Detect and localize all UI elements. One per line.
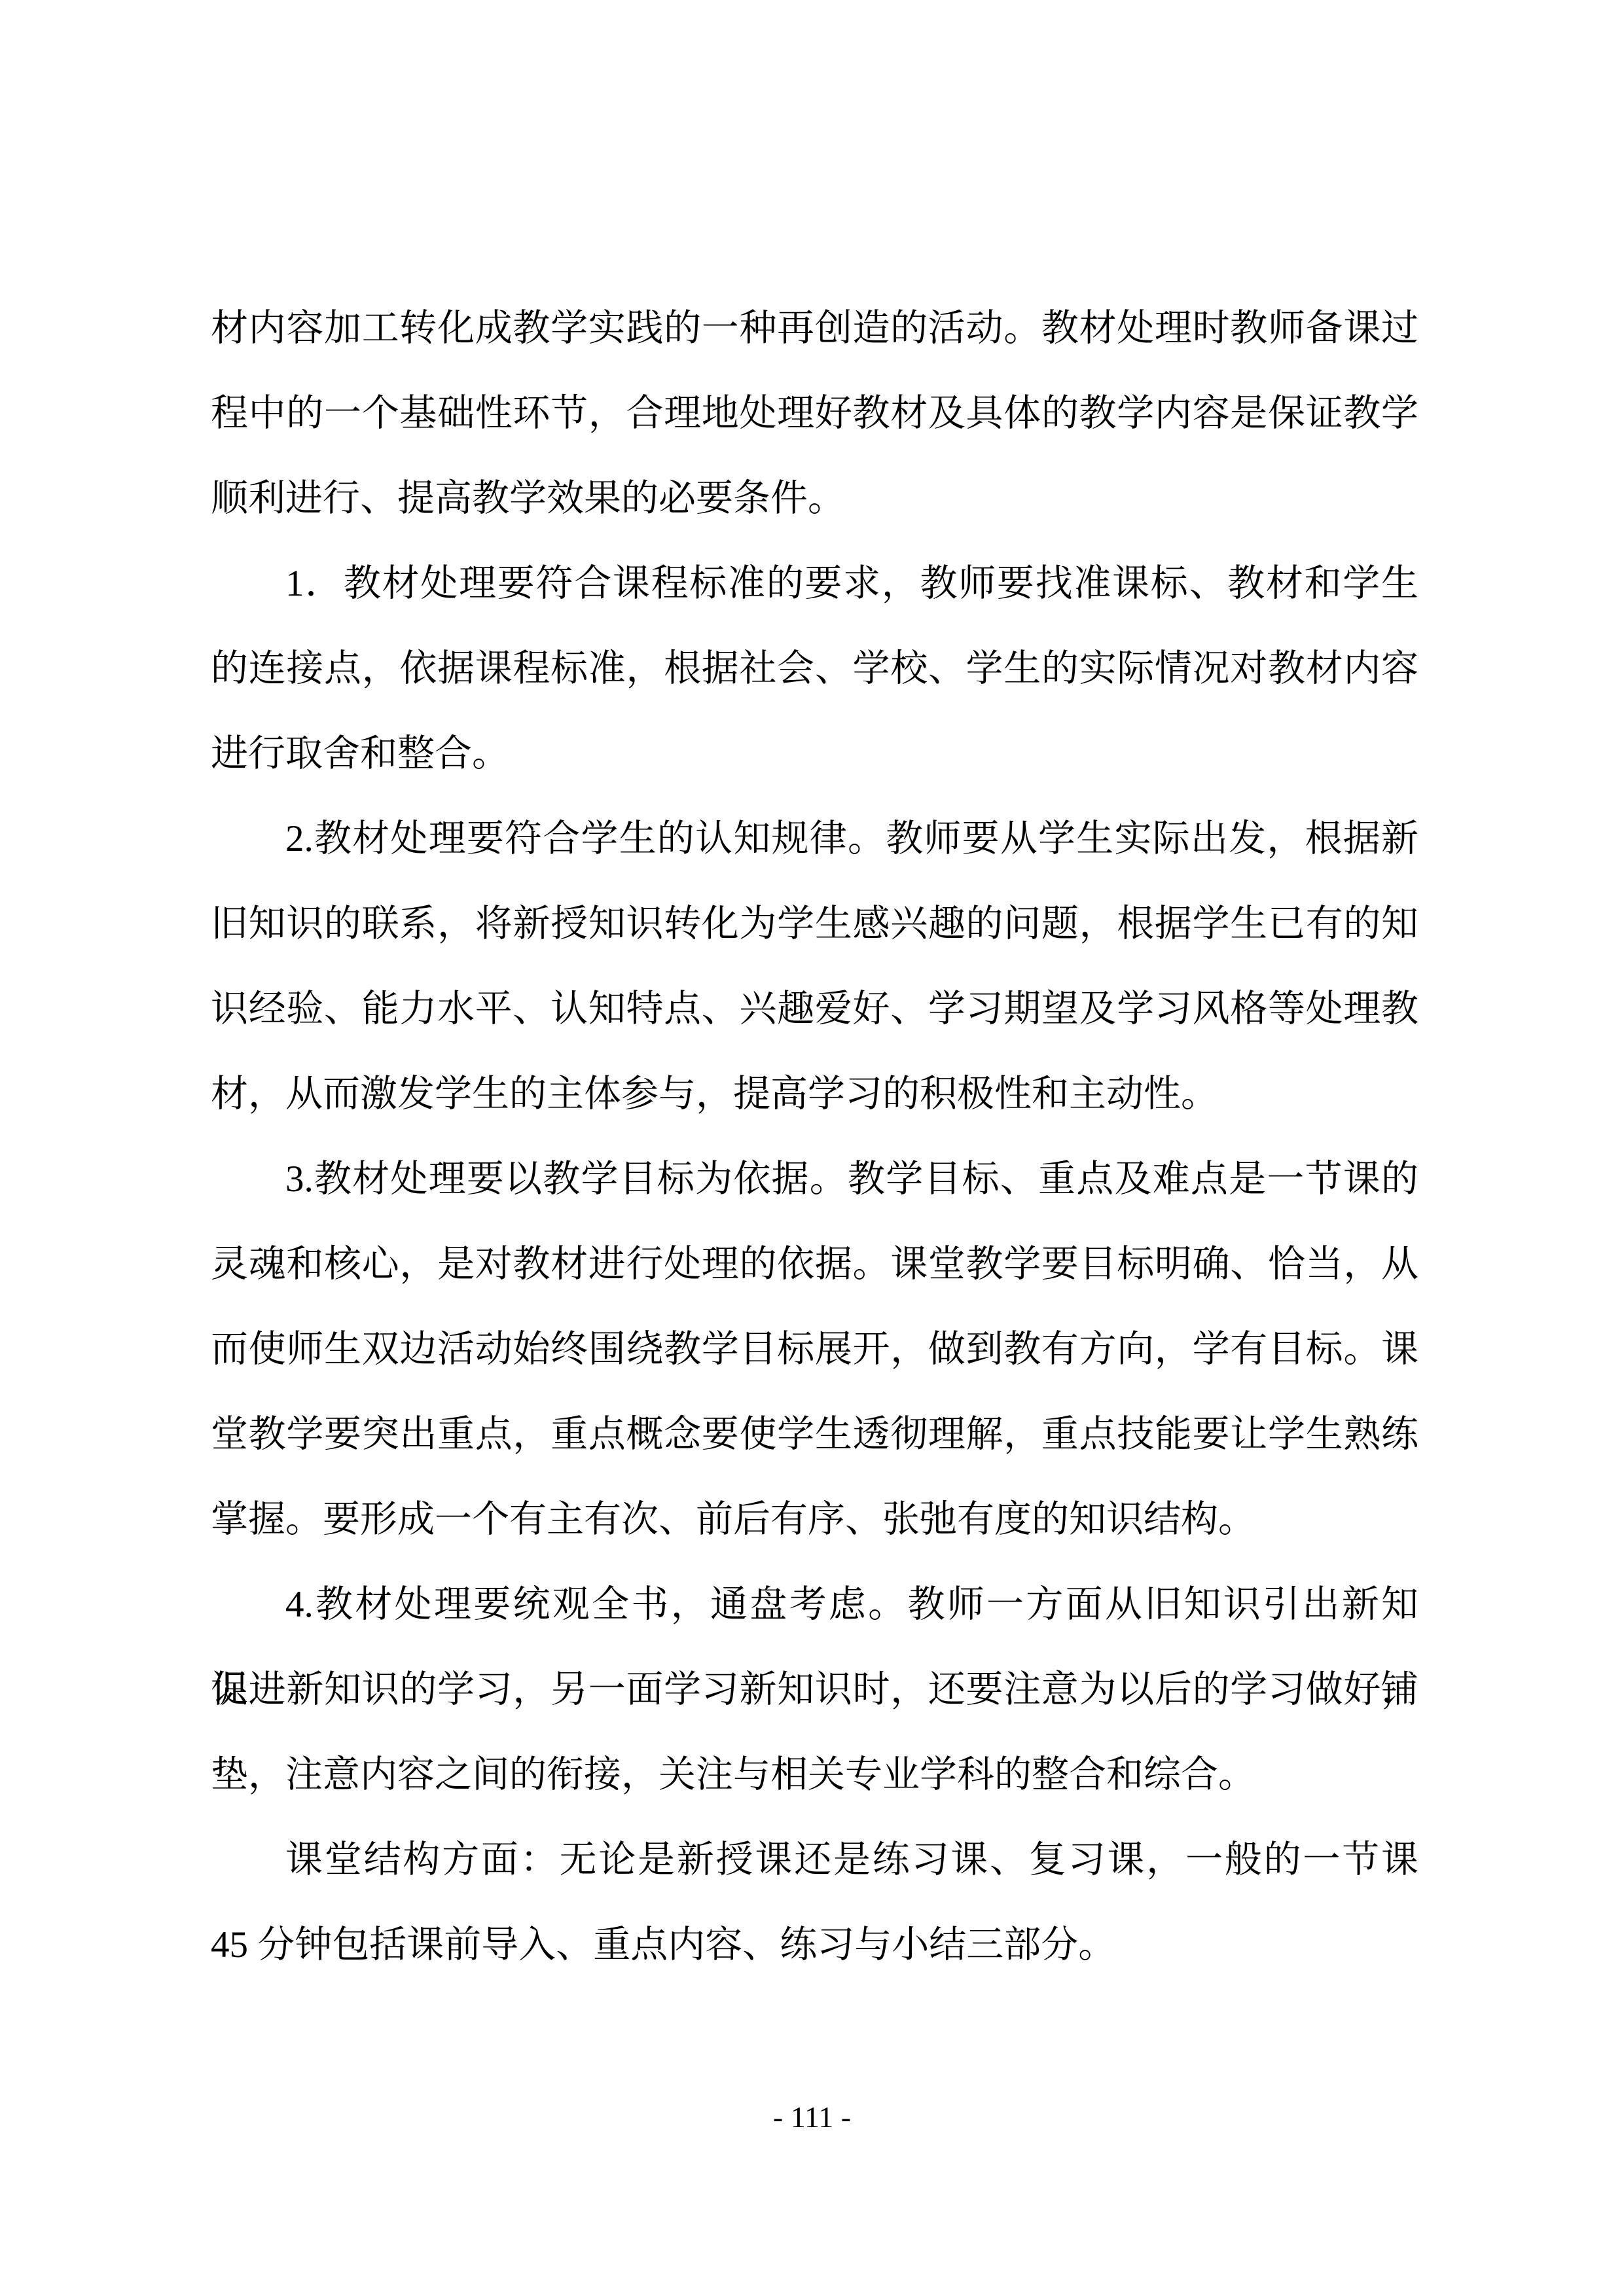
document-body: 材内容加工转化成教学实践的一种再创造的活动。教材处理时教师备课过程中的一个基础性… — [211, 286, 1418, 1988]
text-line: 的连接点，依据课程标准，根据社会、学校、学生的实际情况对教材内容 — [211, 626, 1418, 711]
page-number: - 111 - — [0, 2098, 1624, 2137]
text-line: 而使师生双边活动始终围绕教学目标展开，做到教有方向，学有目标。课 — [211, 1307, 1418, 1392]
text-line: 4.教材处理要统观全书，通盘考虑。教师一方面从旧知识引出新知识， — [211, 1562, 1418, 1647]
text-line: 顺利进行、提高教学效果的必要条件。 — [211, 456, 1418, 541]
text-line: 材内容加工转化成教学实践的一种再创造的活动。教材处理时教师备课过 — [211, 286, 1418, 371]
text-line: 堂教学要突出重点，重点概念要使学生透彻理解，重点技能要让学生熟练 — [211, 1392, 1418, 1477]
text-line: 材，从而激发学生的主体参与，提高学习的积极性和主动性。 — [211, 1052, 1418, 1137]
text-line: 识经验、能力水平、认知特点、兴趣爱好、学习期望及学习风格等处理教 — [211, 967, 1418, 1052]
text-line: 进行取舍和整合。 — [211, 711, 1418, 797]
text-line: 课堂结构方面：无论是新授课还是练习课、复习课，一般的一节课 — [211, 1818, 1418, 1903]
text-line: 2.教材处理要符合学生的认知规律。教师要从学生实际出发，根据新 — [211, 797, 1418, 882]
text-line: 掌握。要形成一个有主有次、前后有序、张弛有度的知识结构。 — [211, 1477, 1418, 1562]
text-line: 3.教材处理要以教学目标为依据。教学目标、重点及难点是一节课的 — [211, 1137, 1418, 1222]
document-page: 材内容加工转化成教学实践的一种再创造的活动。教材处理时教师备课过程中的一个基础性… — [0, 0, 1624, 2296]
text-line: 旧知识的联系，将新授知识转化为学生感兴趣的问题，根据学生已有的知 — [211, 882, 1418, 967]
text-line: 1．教材处理要符合课程标准的要求，教师要找准课标、教材和学生 — [211, 541, 1418, 626]
text-line: 45 分钟包括课前导入、重点内容、练习与小结三部分。 — [211, 1903, 1418, 1988]
text-line: 促进新知识的学习，另一面学习新知识时，还要注意为以后的学习做好铺 — [211, 1647, 1418, 1732]
text-line: 垫，注意内容之间的衔接，关注与相关专业学科的整合和综合。 — [211, 1732, 1418, 1818]
text-line: 程中的一个基础性环节，合理地处理好教材及具体的教学内容是保证教学 — [211, 371, 1418, 456]
text-line: 灵魂和核心，是对教材进行处理的依据。课堂教学要目标明确、恰当，从 — [211, 1222, 1418, 1307]
